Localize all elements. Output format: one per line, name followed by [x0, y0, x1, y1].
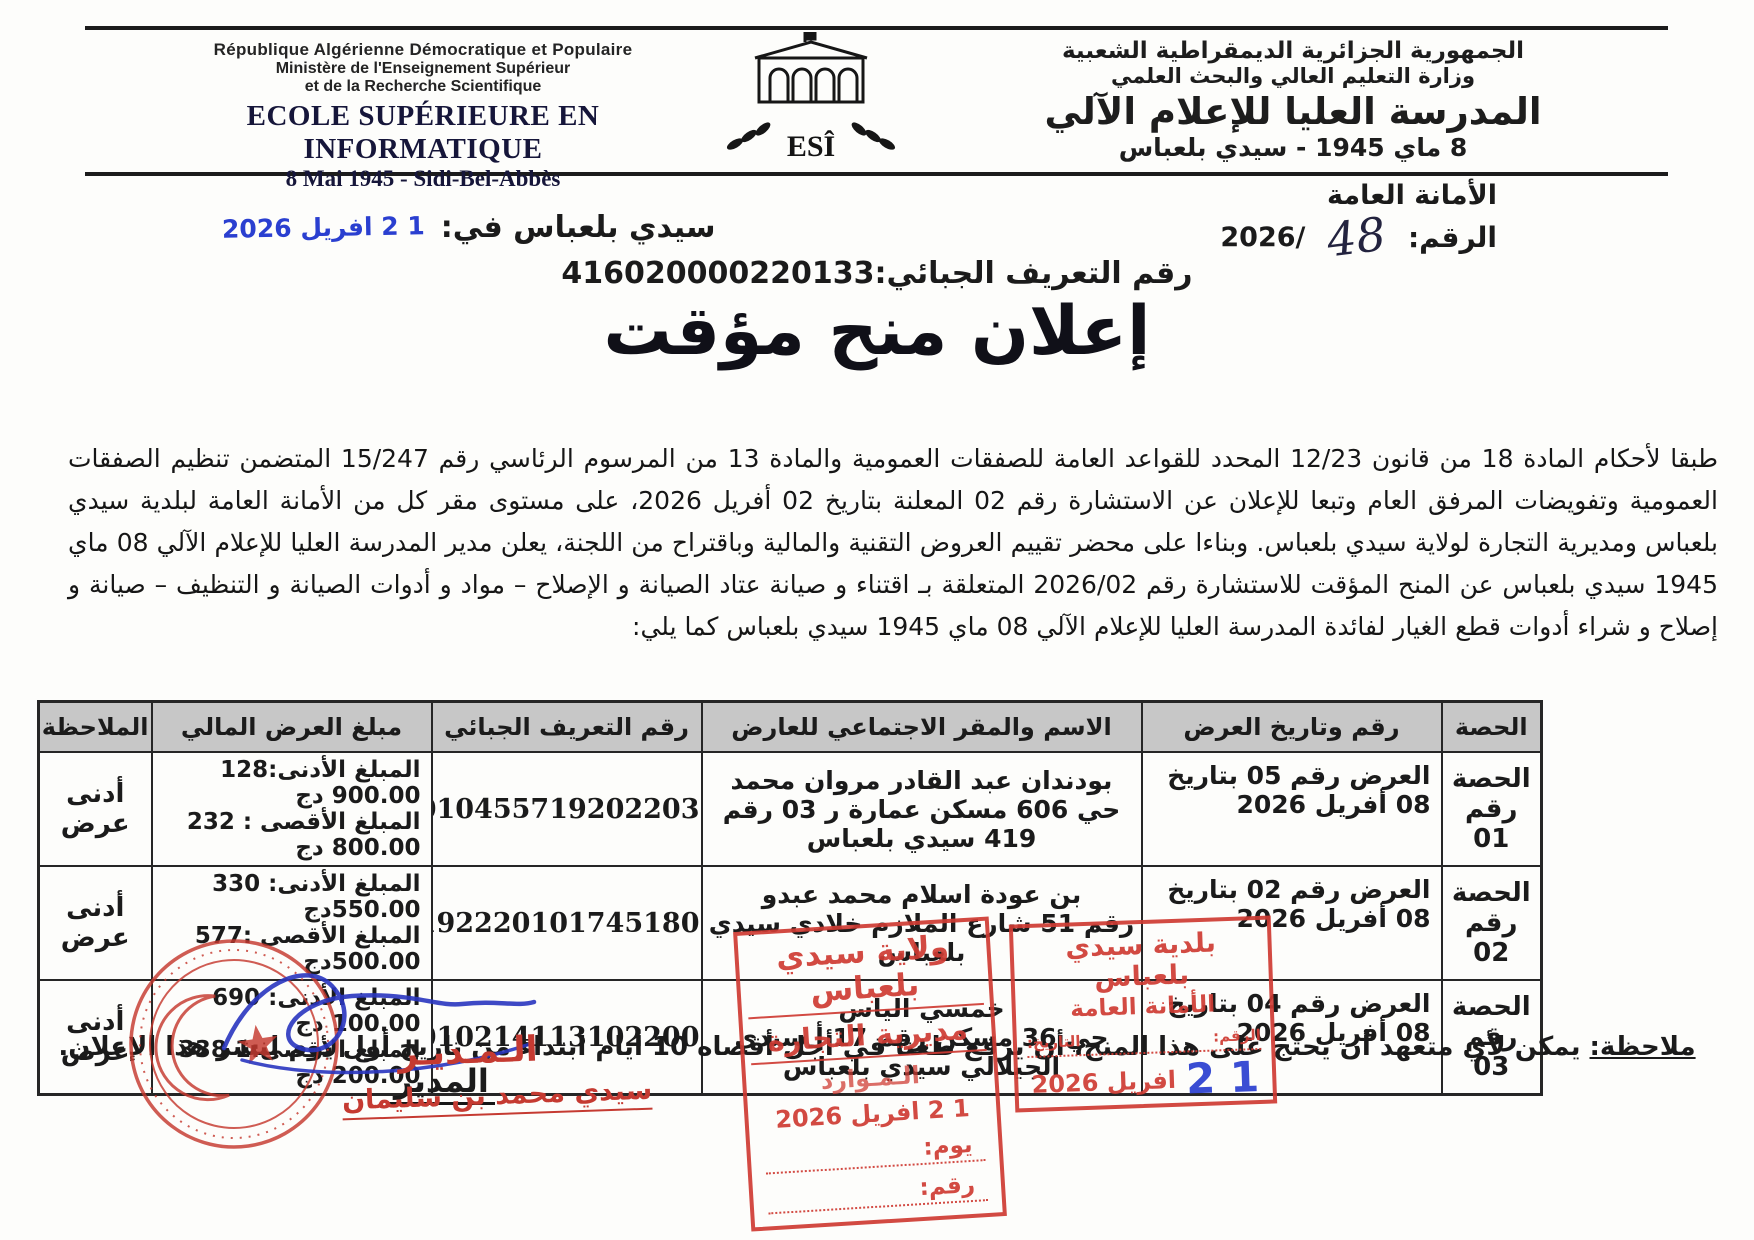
esi-logo-label: ESÎ — [786, 130, 834, 163]
table-row: الحصة رقم 01 العرض رقم 05 بتاريخ 08 أفري… — [39, 752, 1542, 866]
offer-ref: العرض رقم 05 بتاريخ 08 أفريل 2026 — [1142, 752, 1442, 866]
lot-label: الحصة رقم — [1444, 878, 1540, 938]
municipality-stamp: بلدية سيدي بلعباس الأمانة العامة الرقم: … — [1009, 915, 1277, 1112]
republic-line-fr: République Algérienne Démocratique et Po… — [143, 40, 703, 60]
secretariat-label: الأمانة العامة — [1327, 180, 1497, 211]
wilaya-stamp-number-field: رقم: — [767, 1171, 988, 1214]
col-header-note: الملاحظة — [39, 702, 152, 753]
col-header-offer: رقم وتاريخ العرض — [1142, 702, 1442, 753]
ministry-line2-fr: et de la Recherche Scientifique — [143, 78, 703, 96]
document-title: إعلان منح مؤقت — [0, 292, 1754, 371]
municipality-stamp-line1: بلدية سيدي بلعباس — [1013, 926, 1269, 997]
wilaya-stamp-line2: مديرية التجارة — [749, 1011, 987, 1065]
table-header-row: الحصة رقم وتاريخ العرض الاسم والمقر الاج… — [39, 702, 1542, 753]
esi-logo-graphic: ESÎ — [713, 32, 909, 168]
ministry-line-ar: وزارة التعليم العالي والبحث العلمي — [918, 64, 1668, 88]
school-subname-ar: 8 ماي 1945 - سيدي بلعباس — [918, 133, 1668, 162]
lot-number: 01 — [1444, 824, 1540, 854]
amount-min: المبلغ الأدنى: 330 550.00دج — [163, 871, 421, 923]
reference-year: /2026 — [1220, 222, 1305, 253]
bidder-tax-id: 19122010455719202203 — [432, 752, 702, 866]
school-name-fr: ECOLE SUPÉRIEURE EN INFORMATIQUE — [143, 100, 703, 166]
body-paragraph: طبقا لأحكام المادة 18 من قانون 12/23 الم… — [68, 438, 1718, 648]
letterhead: République Algérienne Démocratique et Po… — [85, 26, 1668, 176]
letterhead-arabic: الجمهورية الجزائرية الديمقراطية الشعبية … — [918, 30, 1668, 162]
ministry-line-fr: Ministère de l'Enseignement Supérieur — [143, 60, 703, 78]
place-label: سيدي بلعباس في: — [441, 210, 716, 245]
director-red-script: الـمـديـر — [397, 1030, 538, 1075]
wilaya-commerce-stamp: ولاية سيدي بلعباس مديرية التجارة الـمـوا… — [733, 916, 1007, 1231]
school-name-ar: المدرسة العليا للإعلام الآلي — [918, 90, 1668, 133]
wilaya-stamp-date: 1 2 افريل 2026 — [748, 1092, 997, 1135]
municipality-date-row: 1 2 افريل 2026 — [1018, 1056, 1273, 1107]
republic-line-ar: الجمهورية الجزائرية الديمقراطية الشعبية — [918, 38, 1668, 64]
lot-number: 02 — [1444, 938, 1540, 968]
scanned-document-page: République Algérienne Démocratique et Po… — [0, 0, 1754, 1240]
municipality-ref-label: الرقم: — [1213, 1026, 1261, 1046]
municipality-date-label: التاريخ: — [1027, 1032, 1081, 1052]
bidder-name: بن عودة اسلام محمد عبدو — [709, 880, 1135, 909]
col-header-lot: الحصة — [1442, 702, 1542, 753]
col-header-amount: مبلغ العرض المالي — [152, 702, 432, 753]
letterhead-french: République Algérienne Démocratique et Po… — [143, 30, 703, 192]
wilaya-stamp-day-field: يوم: — [764, 1131, 985, 1174]
bidder-name: بودندان عبد القادر مروان محمد — [709, 766, 1135, 795]
place-date-line: سيدي بلعباس في: 1 2 افريل 2026 — [222, 210, 716, 245]
municipality-date-monthyear: افريل 2026 — [1031, 1066, 1176, 1099]
amount-min: المبلغ الأدنى:128 900.00 دج — [163, 757, 421, 809]
wilaya-stamp-line1: ولاية سيدي بلعباس — [744, 927, 984, 1019]
lot-label: الحصة رقم — [1444, 764, 1540, 824]
municipality-date-day: 1 2 — [1185, 1056, 1260, 1101]
row-note: أدنى عرض — [39, 752, 152, 866]
footnote-label: ملاحظة: — [1590, 1032, 1696, 1062]
reference-label: الرقم: — [1408, 221, 1497, 254]
esi-logo: ESÎ — [703, 30, 918, 168]
col-header-bidder: الاسم والمقر الاجتماعي للعارض — [702, 702, 1142, 753]
amount-max: المبلغ الأقصى : 232 800.00 دج — [163, 809, 421, 861]
bidder-address: حي 606 مسكن عمارة ر 03 رقم 419 سيدي بلعب… — [709, 795, 1135, 853]
tax-id-line: رقم التعريف الجبائي:416020000220133 — [0, 256, 1754, 291]
col-header-tax: رقم التعريف الجبائي — [432, 702, 702, 753]
date-ink-stamp: 1 2 افريل 2026 — [222, 211, 425, 244]
school-subname-fr: 8 Mai 1945 - Sidi-Bel-Abbès — [143, 166, 703, 192]
reference-number-line: الرقم: 48 /2026 — [1220, 214, 1497, 260]
